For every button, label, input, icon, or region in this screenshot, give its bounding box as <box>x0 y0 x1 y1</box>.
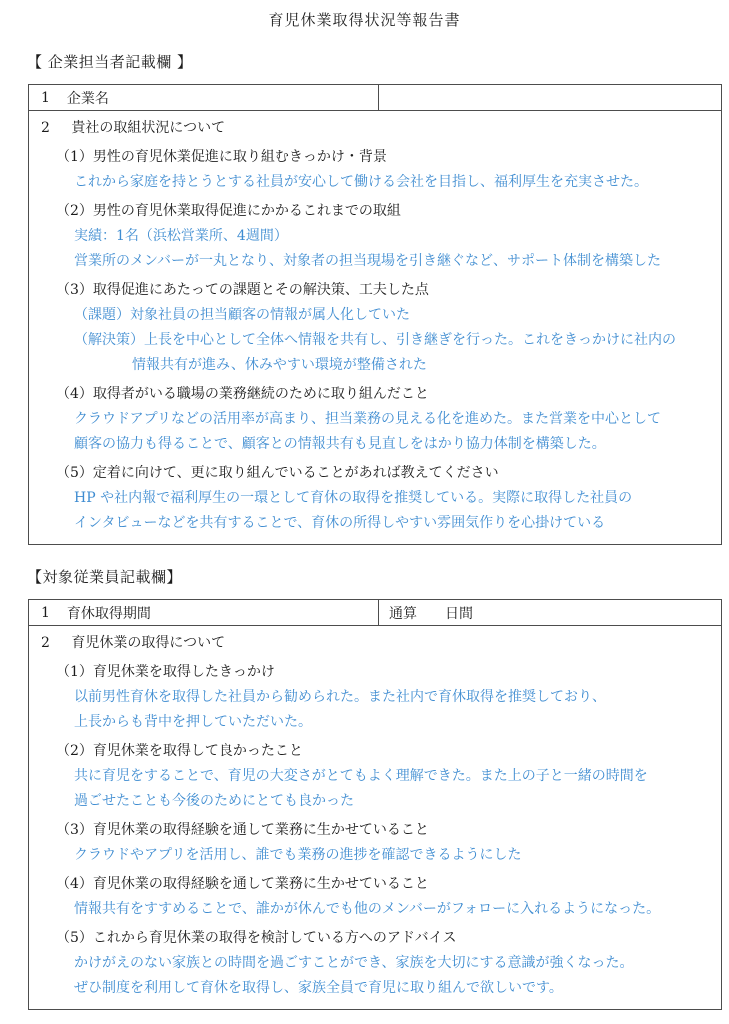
section-2-heading: 2 貴社の取組状況について <box>29 116 715 141</box>
question-label: （2）育児休業を取得して良かったこと <box>29 739 715 764</box>
question-label: （3）育児休業の取得経験を通して業務に生かせていること <box>29 818 715 843</box>
employee-answers-cell: 2 育児休業の取得について （1）育児休業を取得したきっかけ 以前男性育休を取得… <box>29 626 721 1009</box>
document-page: 育児休業取得状況等報告書 【 企業担当者記載欄 】 1 企業名 2 貴社の取組状… <box>0 0 729 1024</box>
company-section-heading: 【 企業担当者記載欄 】 <box>27 51 729 72</box>
row-number: 1 <box>41 90 50 106</box>
question-label: （1）育児休業を取得したきっかけ <box>29 660 715 685</box>
duration-unit-label: 日間 <box>445 603 473 623</box>
leave-period-row: 1 育休取得期間 通算 日間 <box>29 600 721 626</box>
question-label: （5）これから育児休業の取得を検討している方へのアドバイス <box>29 926 715 951</box>
question-label: （4）育児休業の取得経験を通して業務に生かせていること <box>29 872 715 897</box>
answer-line: 共に育児をすることで、育児の大変さがとてもよく理解できた。また上の子と一緒の時間… <box>29 764 715 789</box>
answer-line: ぜひ制度を利用して育休を取得し、家族全員で育児に取り組んで欲しいです。 <box>29 976 715 1001</box>
leave-period-label-cell: 1 育休取得期間 <box>29 600 379 625</box>
answer-line: これから家庭を持とうとする社員が安心して働ける会社を目指し、福利厚生を充実させた… <box>29 170 715 195</box>
leave-period-value-cell: 通算 日間 <box>379 600 721 625</box>
answer-line: 顧客の協力も得ることで、顧客との情報共有も見直しをはかり協力体制を構築した。 <box>29 432 715 457</box>
section-2-label: 貴社の取組状況について <box>71 120 225 136</box>
answer-line: かけがえのない家族との時間を過ごすことができ、家族を大切にする意識が強くなった。 <box>29 951 715 976</box>
question-label: （3）取得促進にあたっての課題とその解決策、工夫した点 <box>29 278 715 303</box>
company-name-label-cell: 1 企業名 <box>29 85 379 110</box>
answer-line: （課題）対象社員の担当顧客の情報が属人化していた <box>29 303 715 328</box>
company-name-value-cell <box>379 85 721 110</box>
answer-line: 上長からも背中を押していただいた。 <box>29 710 715 735</box>
company-name-label: 企業名 <box>67 88 109 108</box>
answer-line: 過ごせたことも今後のためにとても良かった <box>29 789 715 814</box>
leave-period-label: 育休取得期間 <box>67 603 151 623</box>
answer-line: 以前男性育休を取得した社員から勧められた。また社内で育休取得を推奨しており、 <box>29 685 715 710</box>
company-name-row: 1 企業名 <box>29 85 721 111</box>
company-initiatives-cell: 2 貴社の取組状況について （1）男性の育児休業促進に取り組むきっかけ・背景 こ… <box>29 111 721 544</box>
answer-line: 実績：1名（浜松営業所、4週間） <box>29 224 715 249</box>
question-label: （2）男性の育児休業取得促進にかかるこれまでの取組 <box>29 199 715 224</box>
employee-section-heading: 【対象従業員記載欄】 <box>27 566 729 587</box>
question-label: （5）定着に向けて、更に取り組んでいることがあれば教えてください <box>29 461 715 486</box>
answer-line: HP や社内報で福利厚生の一環として育休の取得を推奨している。実際に取得した社員… <box>29 486 715 511</box>
employee-form-table: 1 育休取得期間 通算 日間 2 育児休業の取得について （1）育児休業を取得し… <box>28 599 722 1010</box>
section-2-label: 育児休業の取得について <box>71 635 225 651</box>
answer-line: インタビューなどを共有することで、育休の所得しやすい雰囲気作りを心掛けている <box>29 511 715 536</box>
answer-line: 情報共有が進み、休みやすい環境が整備された <box>29 353 715 378</box>
answer-line: クラウドやアプリを活用し、誰でも業務の進捗を確認できるようにした <box>29 843 715 868</box>
question-label: （1）男性の育児休業促進に取り組むきっかけ・背景 <box>29 145 715 170</box>
row-number: 2 <box>41 635 50 651</box>
row-number: 1 <box>41 605 50 621</box>
answer-line: 情報共有をすすめることで、誰かが休んでも他のメンバーがフォローに入れるようになっ… <box>29 897 715 922</box>
answer-line: （解決策）上長を中心として全体へ情報を共有し、引き継ぎを行った。これをきっかけに… <box>29 328 715 353</box>
section-2-heading: 2 育児休業の取得について <box>29 631 715 656</box>
duration-prefix-label: 通算 <box>389 603 417 623</box>
document-title: 育児休業取得状況等報告書 <box>0 0 729 30</box>
answer-line: 営業所のメンバーが一丸となり、対象者の担当現場を引き継ぐなど、サポート体制を構築… <box>29 249 715 274</box>
answer-line: クラウドアプリなどの活用率が高まり、担当業務の見える化を進めた。また営業を中心と… <box>29 407 715 432</box>
question-label: （4）取得者がいる職場の業務継続のために取り組んだこと <box>29 382 715 407</box>
row-number: 2 <box>41 120 50 136</box>
company-form-table: 1 企業名 2 貴社の取組状況について （1）男性の育児休業促進に取り組むきっか… <box>28 84 722 545</box>
